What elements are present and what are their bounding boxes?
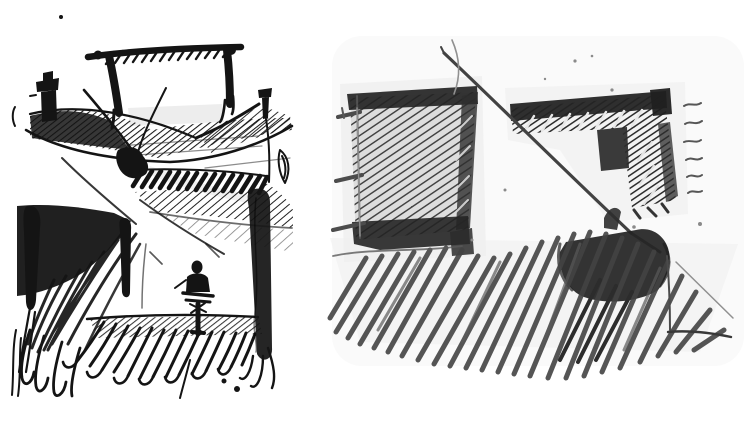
ink-dot-2 <box>234 386 240 392</box>
stray-dot-top <box>59 15 63 19</box>
frame-corner-blob-right <box>226 45 236 55</box>
frame-right-post <box>227 50 230 104</box>
left-block <box>347 86 478 256</box>
l-top-right-blob <box>650 88 672 116</box>
figure-head <box>192 261 203 274</box>
sketch-canvas <box>0 0 753 443</box>
ink-dot-1 <box>222 379 227 384</box>
sketch-scan-page <box>0 0 753 443</box>
right-sketch <box>330 36 744 378</box>
frame-corner-blob-left <box>94 51 103 60</box>
